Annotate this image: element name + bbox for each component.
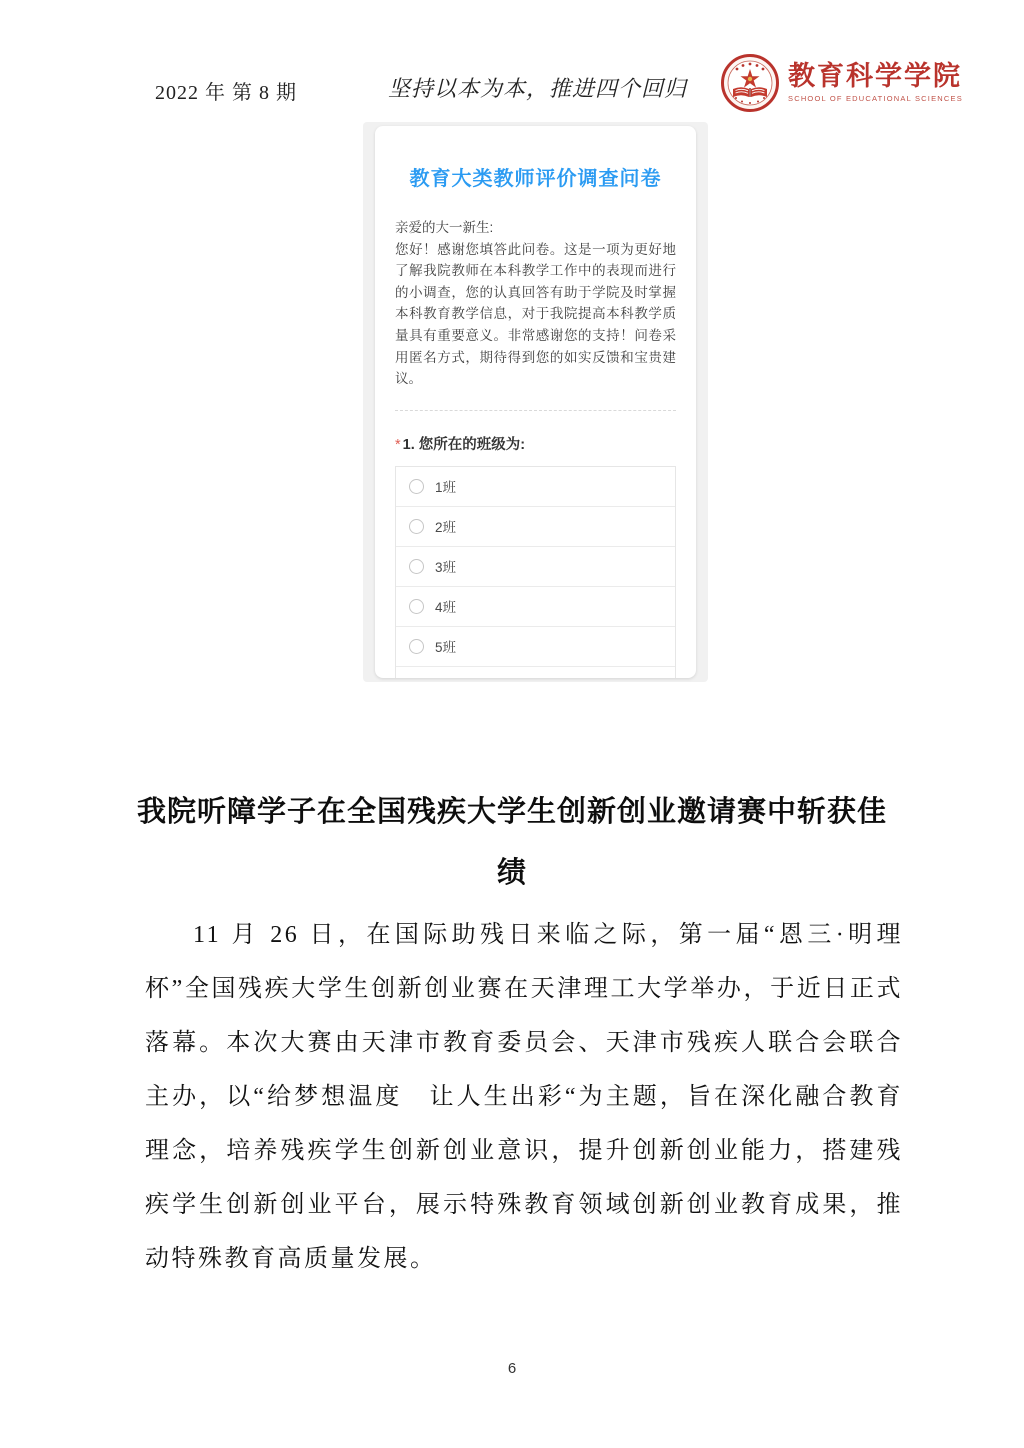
page-number: 6: [0, 1360, 1024, 1377]
survey-intro: 您好！感谢您填答此问卷。这是一项为更好地了解我院教师在本科教学工作中的表现而进行…: [395, 239, 676, 390]
required-asterisk: *: [395, 437, 401, 453]
article-title-line1: 我院听障学子在全国残疾大学生创新创业邀请赛中斩获佳: [120, 782, 904, 843]
radio-icon[interactable]: [409, 639, 424, 654]
radio-option-5[interactable]: 5班: [396, 627, 675, 667]
radio-icon[interactable]: [409, 559, 424, 574]
survey-title: 教育大类教师评价调查问卷: [395, 162, 676, 191]
radio-option-3[interactable]: 3班: [396, 547, 675, 587]
option-label: 2班: [435, 516, 456, 536]
radio-icon[interactable]: [409, 519, 424, 534]
issue-label: 2022 年 第 8 期: [155, 76, 297, 105]
radio-icon[interactable]: [409, 599, 424, 614]
option-label: 5班: [435, 636, 456, 656]
radio-icon[interactable]: [409, 479, 424, 494]
article-title: 我院听障学子在全国残疾大学生创新创业邀请赛中斩获佳 绩: [120, 782, 904, 904]
radio-option-6[interactable]: 6班: [396, 667, 675, 678]
survey-question-label: *1. 您所在的班级为:: [395, 433, 676, 454]
radio-option-4[interactable]: 4班: [396, 587, 675, 627]
article-body: 11 月 26 日，在国际助残日来临之际，第一届“恩三·明理杯”全国残疾大学生创…: [145, 908, 903, 1286]
option-label: 4班: [435, 596, 456, 616]
header-slogan: 坚持以本为本，推进四个回归: [388, 72, 687, 103]
radio-option-2[interactable]: 2班: [396, 507, 675, 547]
survey-card: 教育大类教师评价调查问卷 亲爱的大一新生: 您好！感谢您填答此问卷。这是一项为更…: [375, 126, 696, 678]
school-name-cn: 教育科学学院: [788, 63, 963, 90]
survey-option-list: 1班 2班 3班 4班 5班 6班: [395, 466, 676, 678]
option-label: 3班: [435, 556, 456, 576]
survey-greeting: 亲爱的大一新生:: [395, 217, 676, 239]
survey-divider: [395, 410, 676, 411]
school-seal-icon: [720, 53, 780, 113]
option-label: 6班: [435, 676, 456, 678]
question-text: 1. 您所在的班级为:: [403, 437, 525, 453]
option-label: 1班: [435, 476, 456, 496]
survey-screenshot: 教育大类教师评价调查问卷 亲爱的大一新生: 您好！感谢您填答此问卷。这是一项为更…: [363, 122, 708, 682]
school-logo: 教育科学学院 SCHOOL OF EDUCATIONAL SCIENCES: [720, 53, 963, 113]
radio-option-1[interactable]: 1班: [396, 467, 675, 507]
school-name-en: SCHOOL OF EDUCATIONAL SCIENCES: [788, 95, 963, 103]
article-title-line2: 绩: [120, 843, 904, 904]
